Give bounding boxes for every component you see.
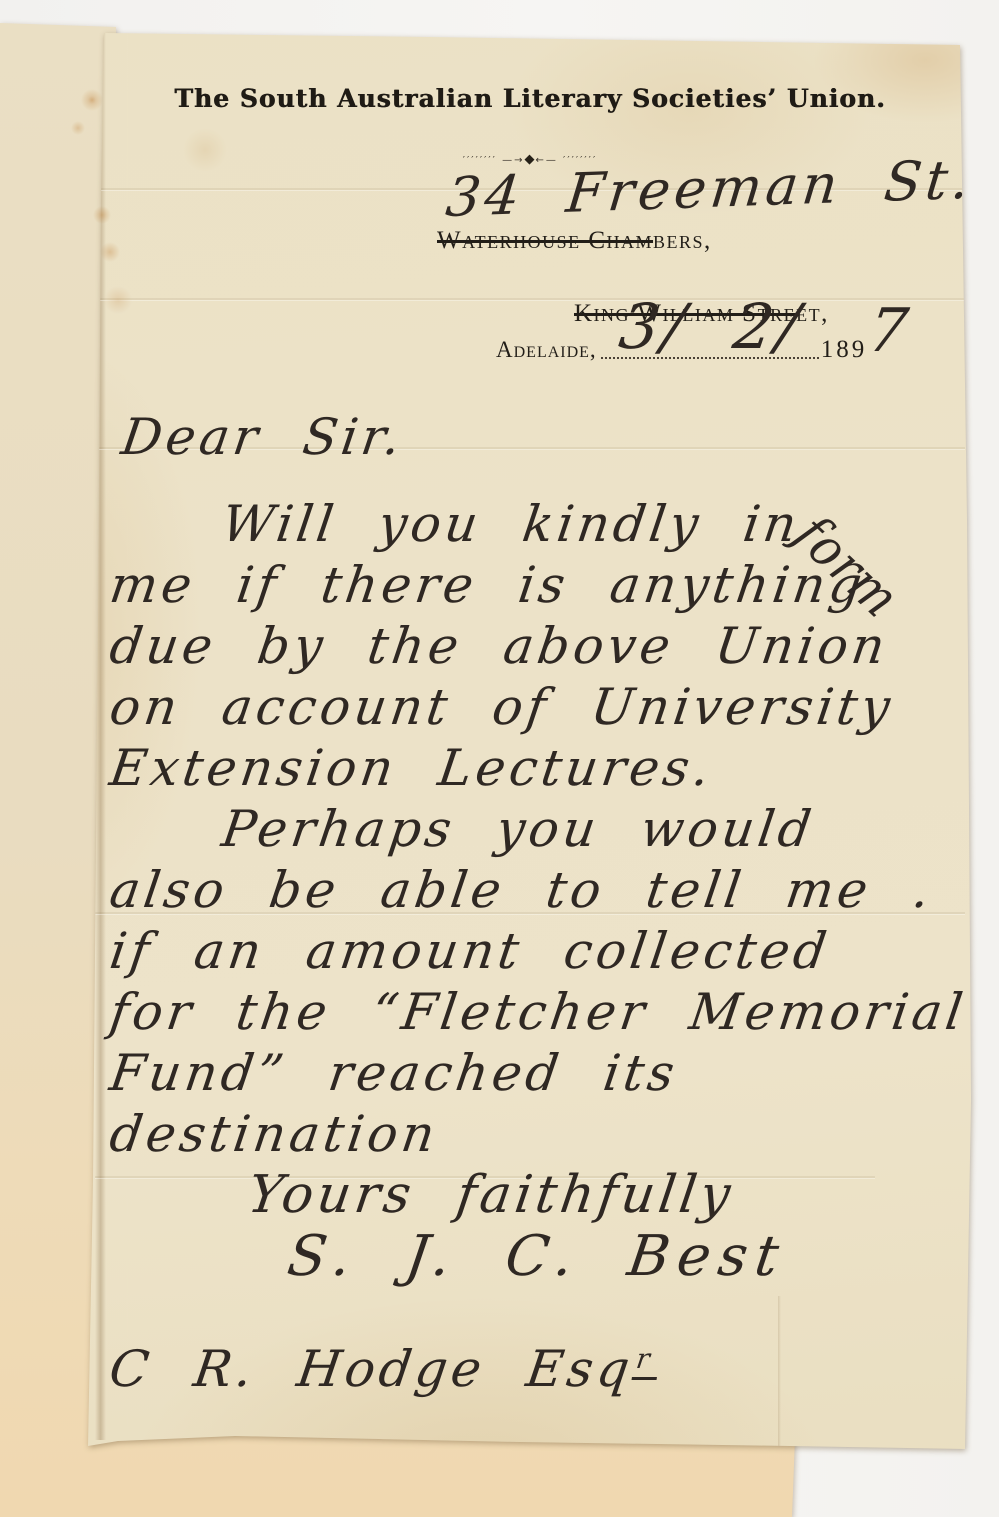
handwritten-date: 3/ 2/ <box>615 290 808 363</box>
vertical-fold-crease <box>95 28 106 1440</box>
handwritten-line: due by the above Union <box>106 616 995 677</box>
addressee: C R. Hodge Esqr <box>106 1340 662 1398</box>
fold-crease <box>95 298 965 300</box>
letterhead-title: The South Australian Literary Societies’… <box>174 84 885 113</box>
handwritten-line: Extension Lectures. <box>106 738 995 799</box>
printed-address-line-1: Waterhouse Chambers, <box>437 227 712 255</box>
handwritten-line: me if there is anything <box>106 555 995 616</box>
city-label: Adelaide, <box>496 337 597 362</box>
struck-text: Waterhouse Cham <box>437 227 653 254</box>
letter-body: Will you kindly inform me if there is an… <box>106 494 986 1287</box>
letter-page: The South Australian Literary Societies’… <box>0 0 999 1517</box>
handwritten-line: Perhaps you would <box>106 799 995 860</box>
printed-year: 189 <box>821 336 868 363</box>
handwritten-year-digit: 7 <box>864 296 916 366</box>
vertical-fold-crease <box>778 1296 781 1446</box>
scanned-letter: The South Australian Literary Societies’… <box>0 0 999 1517</box>
handwritten-line: on account of University <box>106 677 995 738</box>
handwritten-line: Will you kindly inform <box>106 494 995 555</box>
handwritten-line: also be able to tell me . <box>106 860 995 921</box>
esquire-superscript: r <box>631 1343 661 1380</box>
closing: Yours faithfully <box>106 1165 995 1226</box>
handwritten-line: destination <box>106 1104 995 1165</box>
handwritten-line: if an amount collected <box>106 921 995 982</box>
letter-page-wrap: The South Australian Literary Societies’… <box>0 0 999 1517</box>
signature: S. J. C. Best <box>106 1226 995 1287</box>
handwritten-line: Fund” reached its <box>106 1043 995 1104</box>
salutation: Dear Sir. <box>118 408 408 466</box>
handwritten-line: for the “Fletcher Memorial <box>106 982 995 1043</box>
